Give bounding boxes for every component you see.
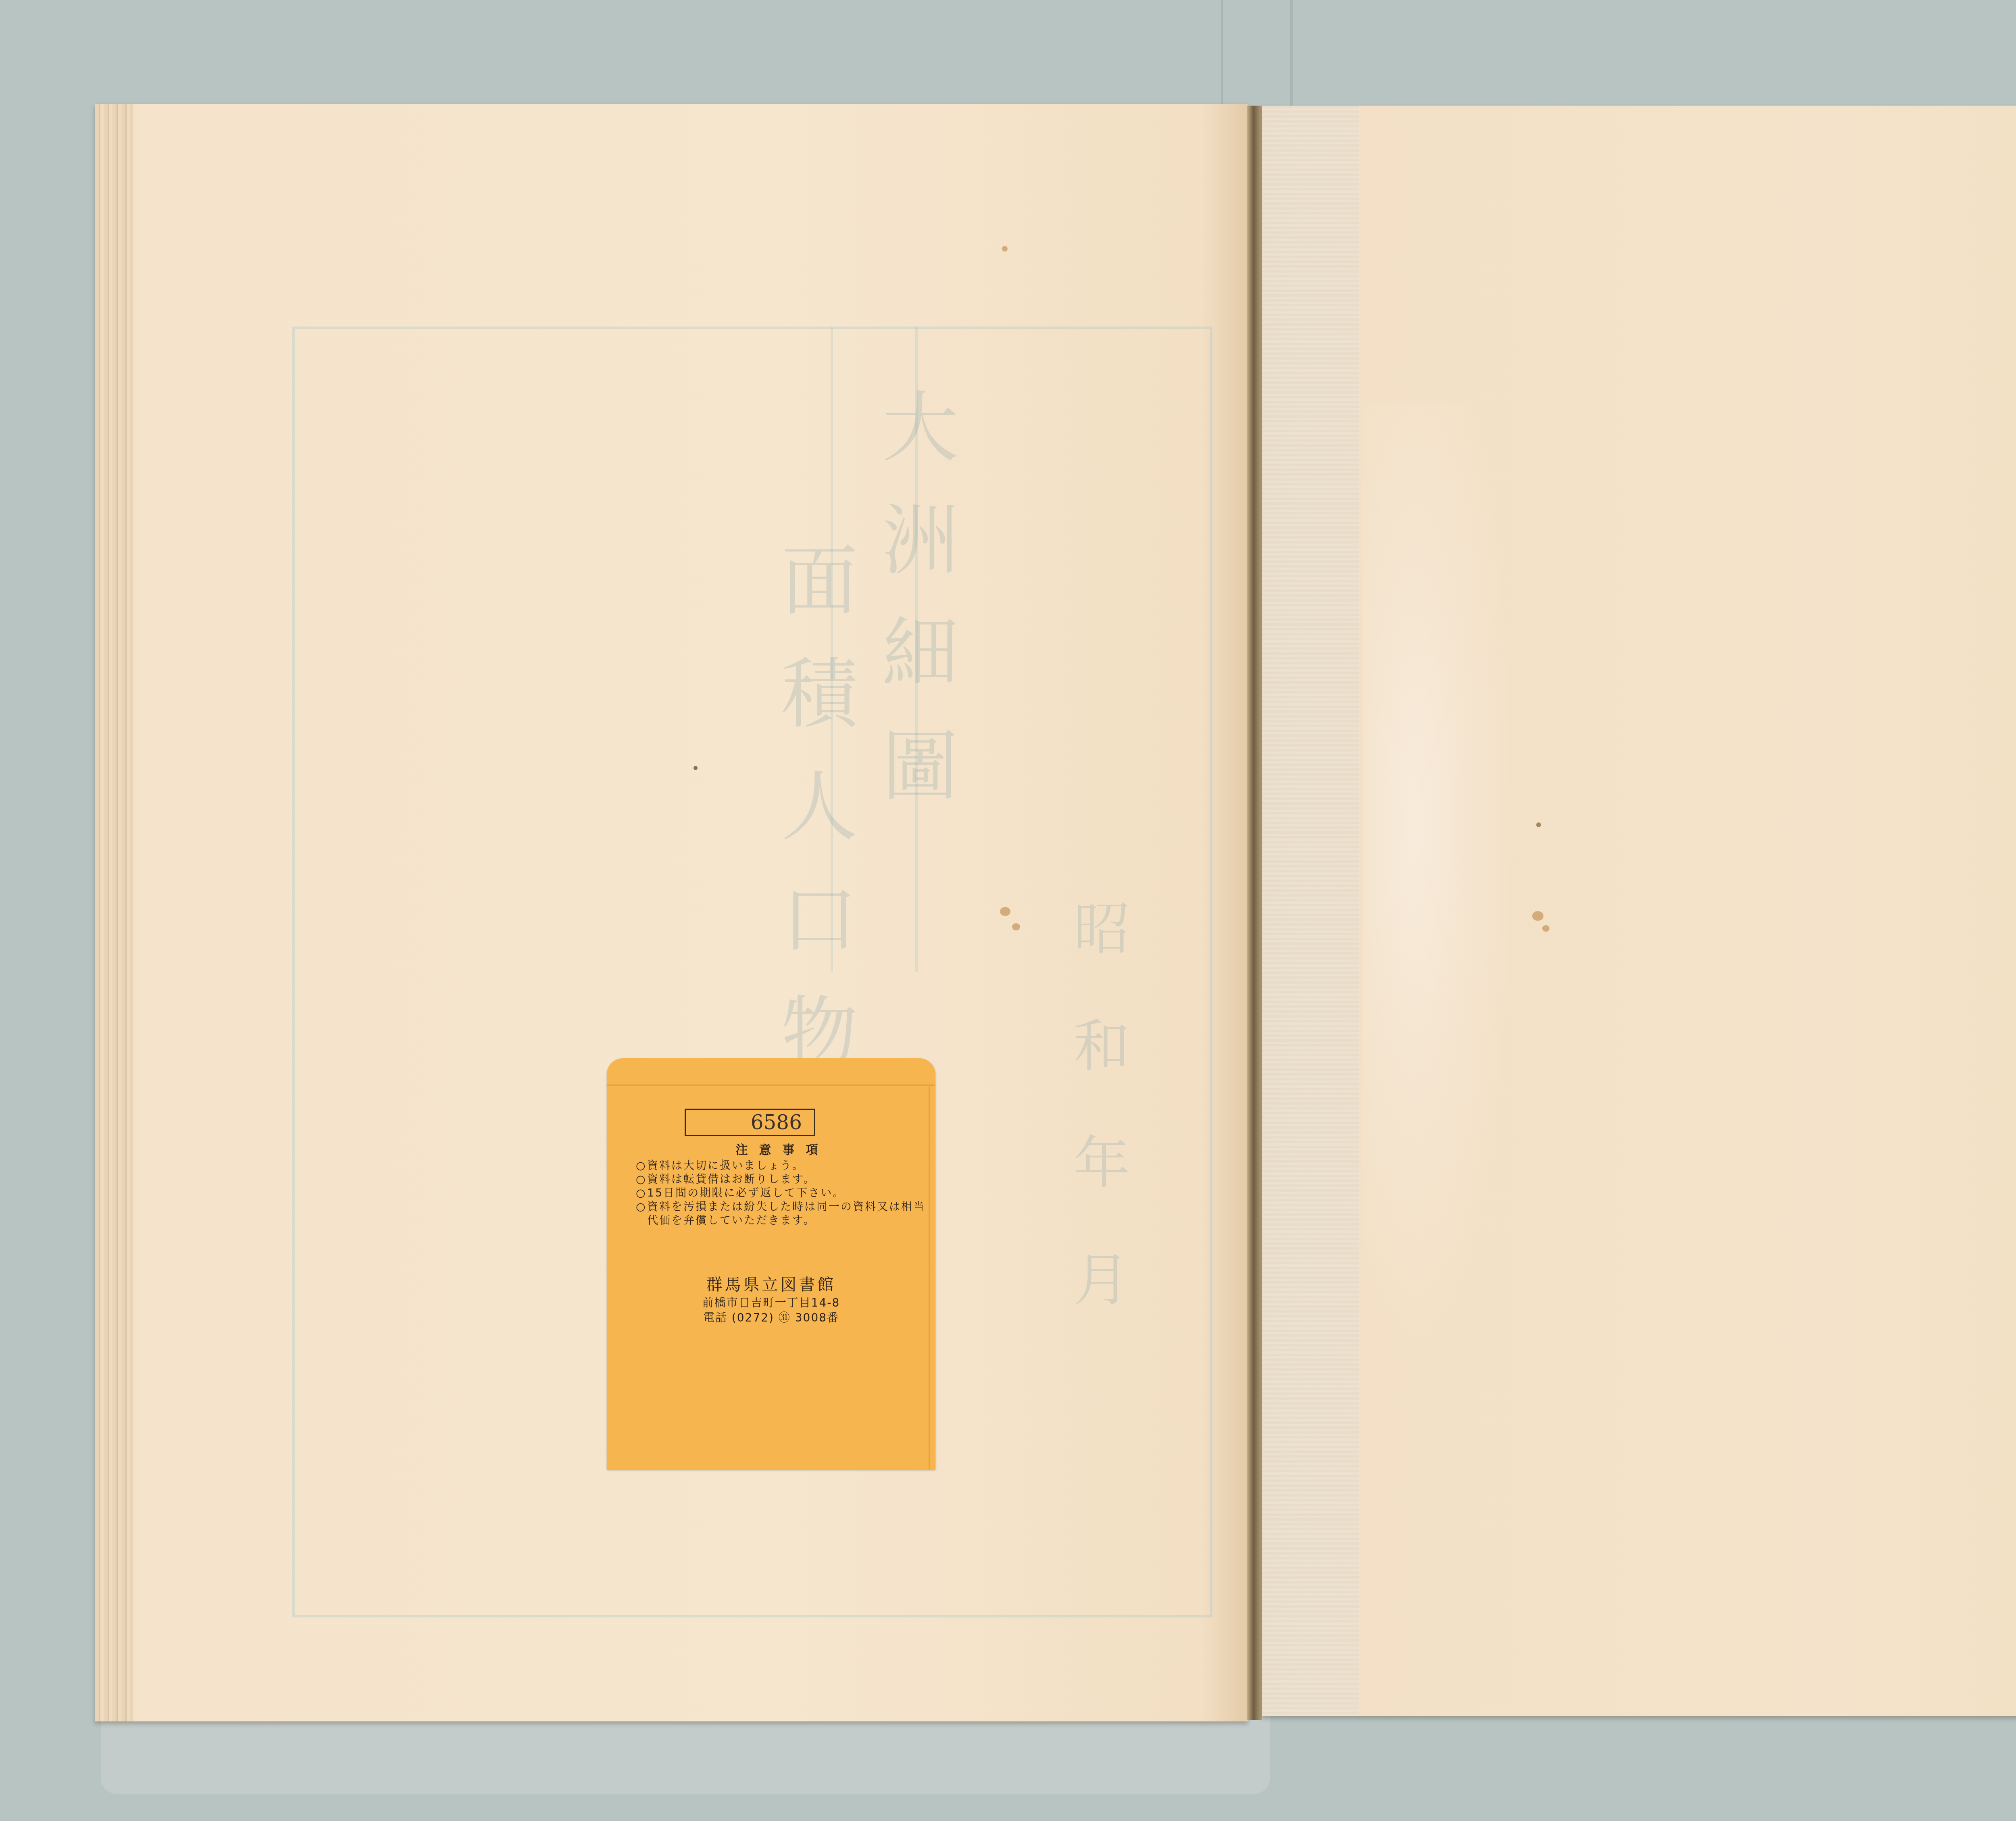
foxing-spot <box>1002 246 1008 252</box>
library-name: 群馬県立図書館 <box>607 1272 935 1295</box>
book-gutter <box>1247 106 1262 1720</box>
library-address: 前橋市日吉町一丁目14-8 <box>607 1294 935 1310</box>
rules-list: ○ 資料は大切に扱いましょう。 ○ 資料は転貸借はお断りします。 ○ 15日間の… <box>636 1159 926 1228</box>
page-edges <box>95 104 133 1721</box>
foxing-spot <box>1532 911 1543 921</box>
library-phone: 電話 (0272) ㉛ 3008番 <box>607 1309 935 1325</box>
circle-bullet-icon: ○ <box>636 1186 647 1200</box>
rule-item: ○ 資料を汚損または紛失した時は同一の資料又は相当代価を弁償していただきます。 <box>636 1200 926 1228</box>
circle-bullet-icon: ○ <box>636 1173 647 1186</box>
rule-item: ○ 15日間の期限に必ず返して下さい。 <box>636 1186 926 1200</box>
rule-text: 資料を汚損または紛失した時は同一の資料又は相当代価を弁償していただきます。 <box>647 1200 926 1228</box>
foxing-spot <box>1012 923 1020 930</box>
call-number-box: 6586 <box>685 1109 815 1136</box>
circle-bullet-icon: ○ <box>636 1159 647 1173</box>
paper-wrinkle <box>1363 403 1532 1451</box>
rule-item: ○ 資料は転貸借はお断りします。 <box>636 1173 926 1186</box>
foxing-spot <box>1000 907 1010 916</box>
rule-text: 資料は大切に扱いましょう。 <box>647 1159 804 1173</box>
bleed-through-title: 大洲細圖 <box>859 387 969 839</box>
foxing-spot <box>1536 822 1541 827</box>
bleed-through-date: 昭和年月 <box>1056 899 1137 1367</box>
rule-item: ○ 資料は大切に扱いましょう。 <box>636 1159 926 1173</box>
library-card-pocket: 6586 注意事項 ○ 資料は大切に扱いましょう。 ○ 資料は転貸借はお断りしま… <box>607 1058 935 1469</box>
circle-bullet-icon: ○ <box>636 1200 647 1228</box>
foxing-spot <box>1542 925 1549 932</box>
pocket-edge <box>607 1084 935 1086</box>
rule-text: 資料は転貸借はお断りします。 <box>647 1173 816 1186</box>
binding-tape <box>1262 106 1359 1716</box>
notice-title: 注意事項 <box>607 1140 947 1157</box>
foxing-spot <box>694 766 698 770</box>
rule-text: 15日間の期限に必ず返して下さい。 <box>647 1186 845 1200</box>
